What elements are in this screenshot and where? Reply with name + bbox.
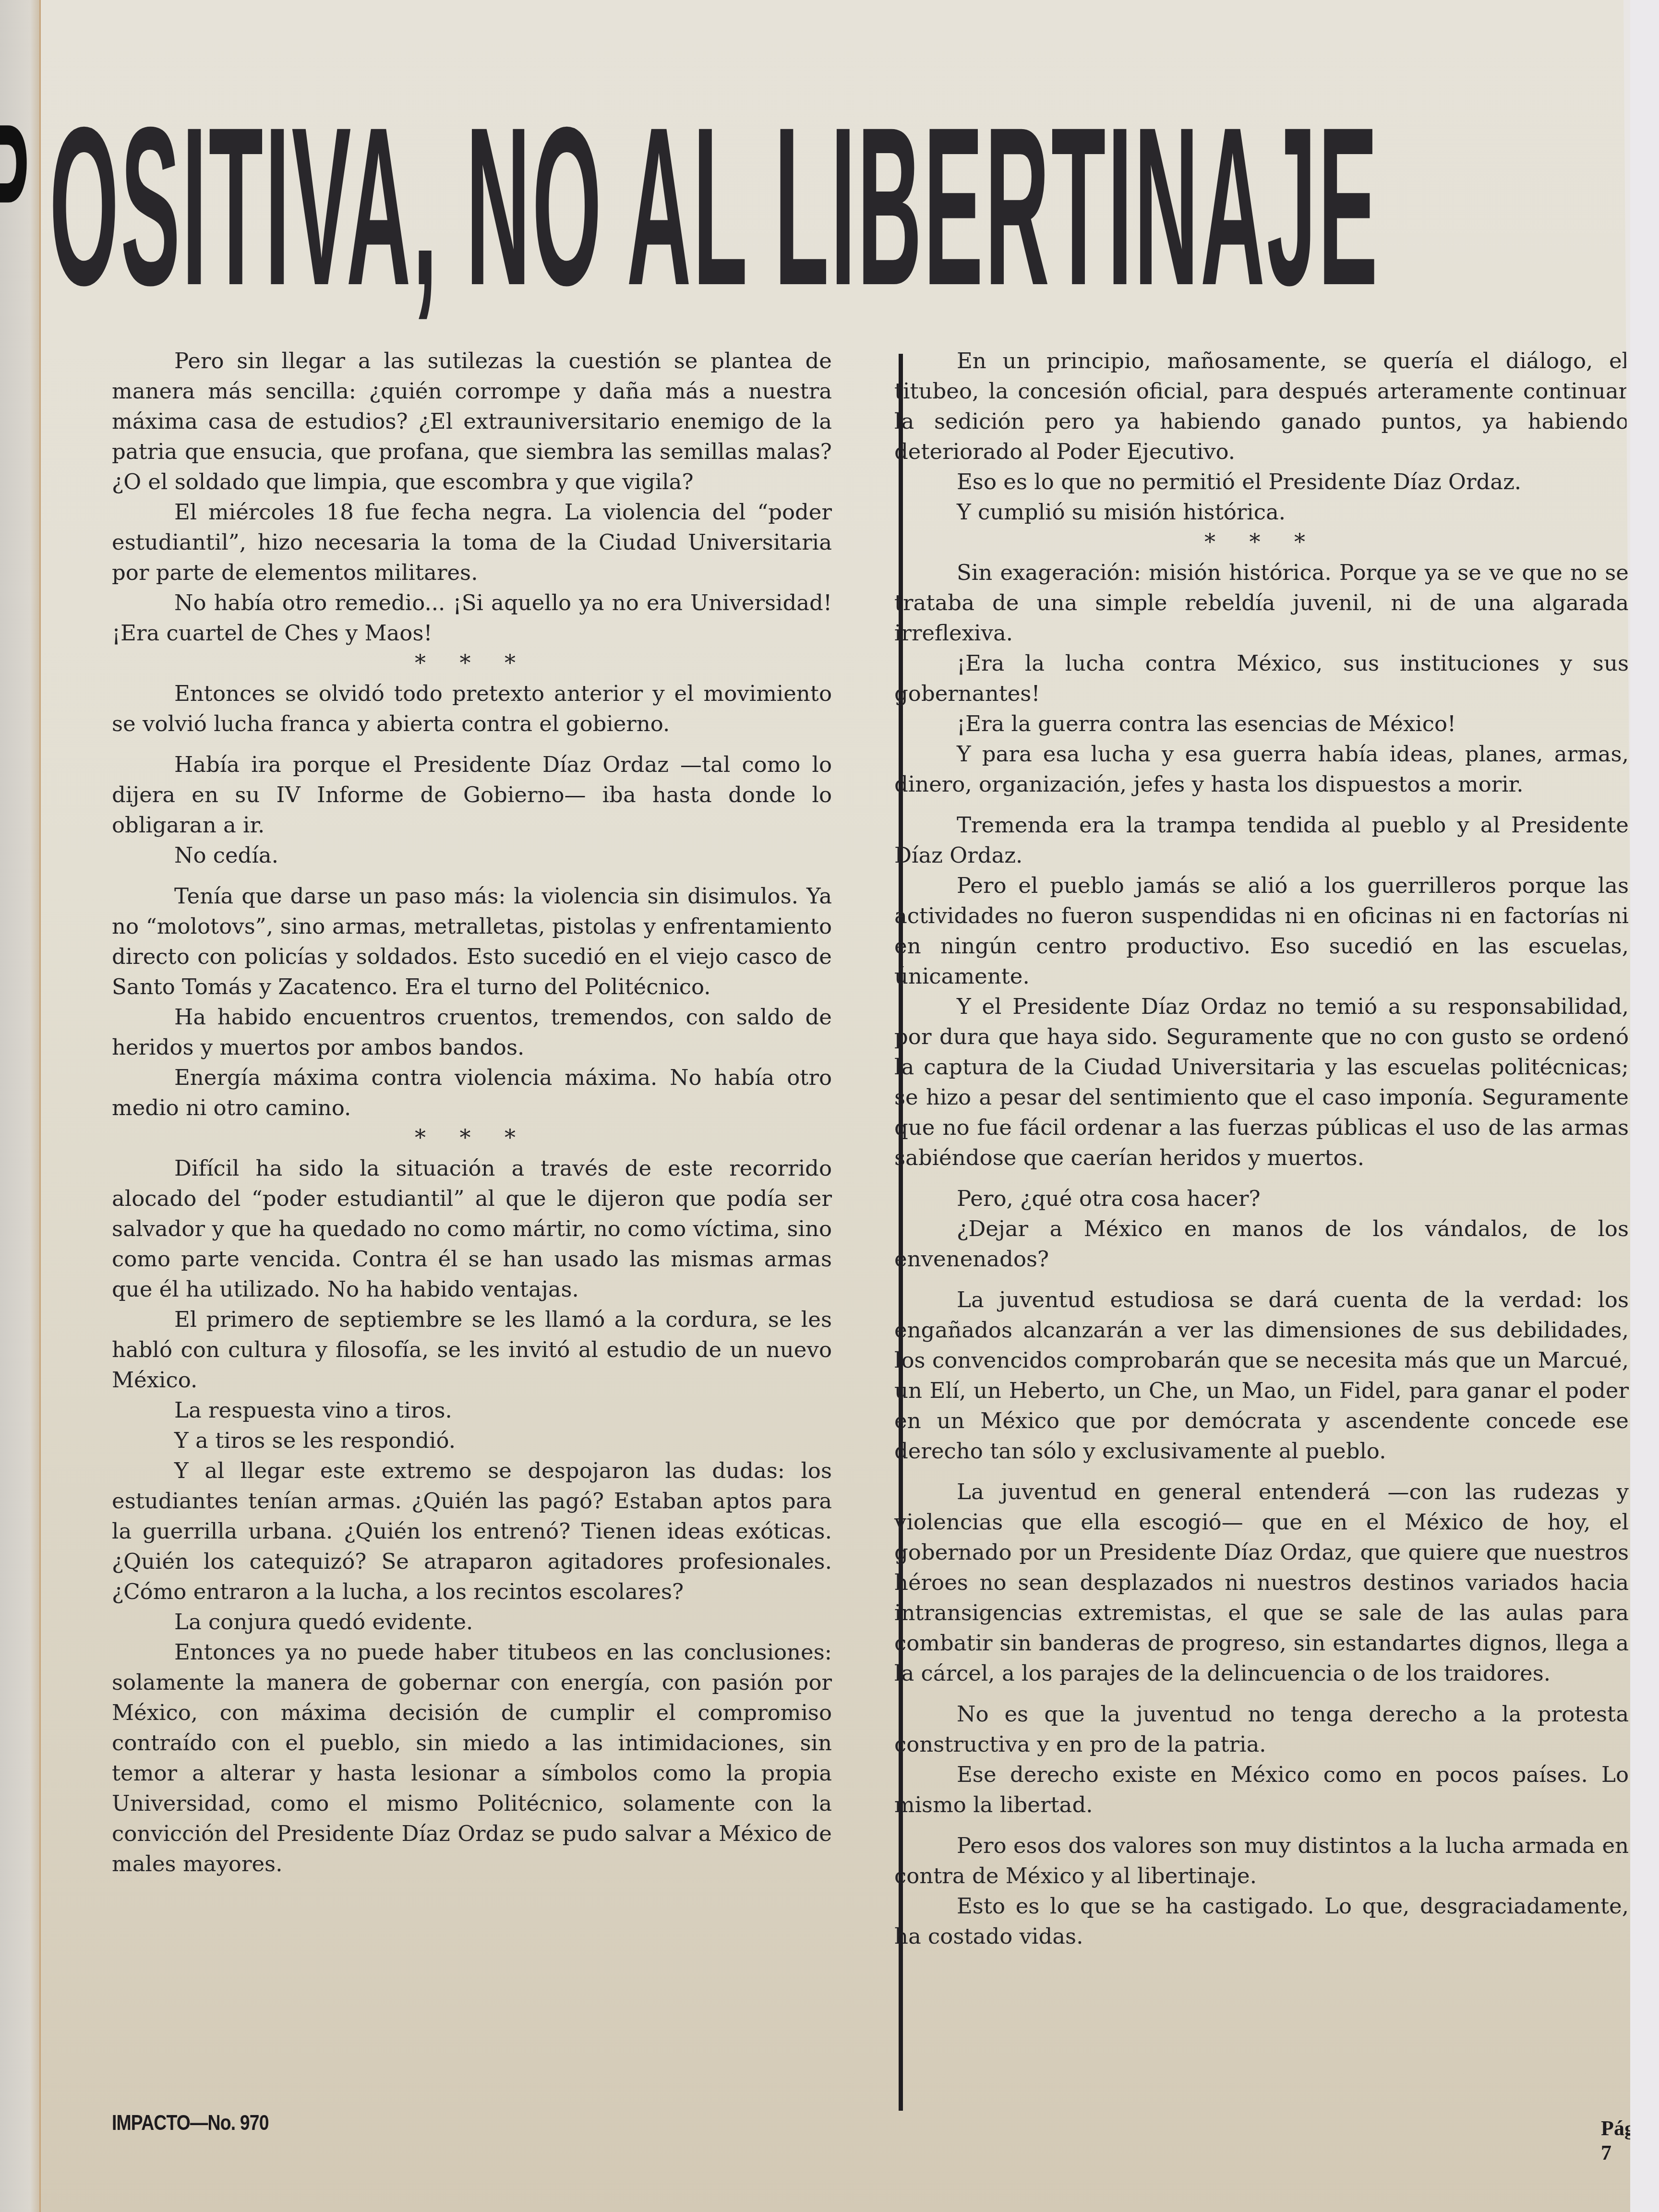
paragraph: Entonces se olvidó todo pretexto anterio… [112, 678, 832, 739]
previous-page-edge: P [0, 0, 43, 2212]
paragraph: Tremenda era la trampa tendida al pueblo… [894, 810, 1629, 870]
paragraph: Había ira porque el Presidente Díaz Orda… [112, 749, 832, 840]
paragraph: El primero de septiembre se les llamó a … [112, 1304, 832, 1395]
paragraph: La conjura quedó evidente. [112, 1607, 832, 1637]
paragraph: Y el Presidente Díaz Ordaz no temió a su… [894, 991, 1629, 1173]
publication-issue-label: IMPACTO—No. 970 [112, 2111, 269, 2135]
paragraph: La respuesta vino a tiros. [112, 1395, 832, 1425]
paragraph: No cedía. [112, 840, 832, 870]
paragraph: ¡Era la guerra contra las esencias de Mé… [894, 709, 1629, 739]
paragraph: La juventud en general entenderá —con la… [894, 1477, 1629, 1688]
right-column: En un principio, mañosamente, se quería … [894, 346, 1629, 1951]
paragraph: Pero esos dos valores son muy distintos … [894, 1830, 1629, 1891]
paragraph: Pero, ¿qué otra cosa hacer? [894, 1183, 1629, 1214]
paragraph: Sin exageración: misión histórica. Porqu… [894, 557, 1629, 648]
section-separator: * * * [112, 648, 832, 678]
paragraph: Eso es lo que no permitió el Presidente … [894, 467, 1629, 497]
paragraph: ¿Dejar a México en manos de los vándalos… [894, 1214, 1629, 1274]
background-surface [1630, 0, 1659, 2212]
paragraph: Ese derecho existe en México como en poc… [894, 1759, 1629, 1820]
paragraph: Difícil ha sido la situación a través de… [112, 1153, 832, 1304]
paragraph: En un principio, mañosamente, se quería … [894, 346, 1629, 467]
paragraph: No había otro remedio... ¡Si aquello ya … [112, 588, 832, 648]
paragraph: No es que la juventud no tenga derecho a… [894, 1699, 1629, 1759]
paragraph: La juventud estudiosa se dará cuenta de … [894, 1285, 1629, 1466]
magazine-page: OSITIVA, NO AL LIBERTINAJE Pero sin lleg… [39, 0, 1641, 2212]
paragraph: Esto es lo que se ha castigado. Lo que, … [894, 1891, 1629, 1951]
paragraph: El miércoles 18 fue fecha negra. La viol… [112, 497, 832, 588]
paragraph: Pero sin llegar a las sutilezas la cuest… [112, 346, 832, 497]
paragraph: Energía máxima contra violencia máxima. … [112, 1062, 832, 1123]
section-separator: * * * [112, 1123, 832, 1153]
paragraph: Y cumplió su misión histórica. [894, 497, 1629, 527]
left-column: Pero sin llegar a las sutilezas la cuest… [112, 346, 832, 1879]
paragraph: Tenía que darse un paso más: la violenci… [112, 881, 832, 1002]
paragraph: Y a tiros se les respondió. [112, 1425, 832, 1455]
paragraph: ¡Era la lucha contra México, sus institu… [894, 648, 1629, 709]
paragraph: Ha habido encuentros cruentos, tremendos… [112, 1002, 832, 1062]
paragraph: Y al llegar este extremo se despojaron l… [112, 1455, 832, 1607]
page-headline: OSITIVA, NO AL LIBERTINAJE [49, 103, 1380, 310]
section-separator: * * * [894, 527, 1629, 557]
headline-first-letter: P [0, 98, 29, 271]
paragraph: Entonces ya no puede haber titubeos en l… [112, 1637, 832, 1879]
paragraph: Pero el pueblo jamás se alió a los guerr… [894, 870, 1629, 991]
paragraph: Y para esa lucha y esa guerra había idea… [894, 739, 1629, 799]
